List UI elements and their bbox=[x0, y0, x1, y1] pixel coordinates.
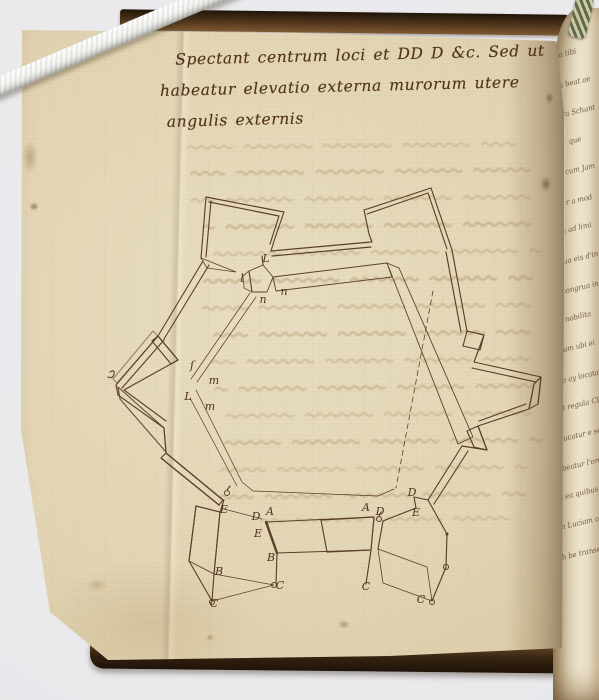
wall bbox=[428, 446, 468, 504]
diagram-letter-label: E bbox=[411, 506, 420, 519]
diagram-letter-label: n bbox=[280, 285, 287, 298]
diagram-letter-label: n bbox=[259, 293, 266, 306]
page-stain bbox=[338, 620, 350, 629]
point-marker bbox=[377, 517, 382, 522]
point-marker bbox=[272, 583, 277, 588]
page-stain bbox=[540, 176, 552, 192]
manuscript-page: Spectant centrum loci et DD D &c. Sed ut… bbox=[0, 0, 599, 700]
wall-hatch bbox=[118, 387, 166, 452]
bastion-top-left bbox=[201, 197, 284, 258]
right-page-text-fragment: ta tibi bbox=[555, 47, 577, 59]
diagram-letter-label: D bbox=[375, 505, 385, 518]
diagram-letter-label: B bbox=[266, 551, 275, 564]
rampart-band-top bbox=[273, 263, 392, 291]
diagram-letter-label: m bbox=[205, 400, 215, 413]
right-page-text-fragment: beatur l'ord bbox=[561, 456, 599, 473]
curtain-top bbox=[271, 242, 371, 256]
page-stain bbox=[29, 202, 39, 211]
bleed-through-line bbox=[188, 142, 515, 148]
diagram-letter-label: l bbox=[240, 272, 244, 285]
bleed-through-line bbox=[261, 517, 509, 523]
page-stain bbox=[22, 140, 38, 174]
tick bbox=[108, 371, 114, 378]
diagram-letter-label: D bbox=[407, 486, 417, 499]
diagram-letter-label: A bbox=[361, 501, 370, 514]
bleed-through-line bbox=[221, 465, 526, 471]
diagram-letter-label: L bbox=[261, 252, 269, 265]
diagram-letter-label: C bbox=[362, 580, 371, 593]
diagram-letter-label: C bbox=[276, 579, 285, 592]
diagram-letter-label: A bbox=[265, 505, 274, 518]
tick bbox=[379, 512, 381, 516]
diagram-letter-label: L bbox=[183, 390, 191, 403]
diagram-letter-label: E bbox=[253, 527, 262, 540]
bleed-through-line bbox=[220, 492, 525, 498]
diagram-letter-labels: LlnnſmLmDAADEBCCEBCDEC bbox=[183, 252, 425, 610]
right-page-text-fragment: eum ubi ei bbox=[558, 339, 596, 355]
tick bbox=[262, 256, 263, 265]
bleed-through-line bbox=[214, 249, 541, 255]
diagram-letter-label: E bbox=[219, 503, 228, 516]
bleed-through-line bbox=[204, 276, 531, 282]
bleed-through-line bbox=[225, 438, 541, 444]
photo-backdrop: ta tibia beat aera Schanty ß queà cum Ja… bbox=[0, 0, 599, 700]
bleed-through-line bbox=[212, 357, 528, 363]
bleed-through-line bbox=[203, 222, 530, 228]
right-page-text-fragment: congrua in bbox=[561, 280, 599, 296]
wall-hatch bbox=[321, 517, 374, 552]
wall-hatch bbox=[378, 549, 432, 601]
bleed-through-line bbox=[227, 411, 530, 417]
diagram-letter-label: C bbox=[417, 593, 426, 606]
bleed-through-text bbox=[188, 142, 544, 523]
diagram-letter-label: m bbox=[209, 374, 219, 387]
wall bbox=[446, 250, 467, 332]
wall-hatch bbox=[113, 331, 158, 383]
inner-hexagon bbox=[190, 293, 394, 496]
bleed-through-line bbox=[214, 330, 530, 336]
curtain-front-face bbox=[267, 517, 374, 553]
point-marker bbox=[444, 565, 449, 570]
bleed-through-line bbox=[192, 195, 530, 202]
page-stain bbox=[40, 560, 260, 690]
point-marker bbox=[430, 600, 435, 605]
wall-hatch bbox=[467, 426, 487, 450]
curtain-left-edge bbox=[266, 522, 277, 553]
tick bbox=[227, 486, 230, 490]
right-page-text-fragment: ducatur e sed bbox=[558, 425, 599, 443]
point-marker bbox=[225, 491, 230, 496]
bleed-through-line bbox=[191, 168, 529, 175]
manuscript-heading: Spectant centrum loci et DD D &c. Sed ut… bbox=[159, 35, 569, 138]
right-page-text-fragment: o ay locata bbox=[561, 368, 599, 384]
right-page-text-fragment: er a mod bbox=[561, 193, 593, 207]
rampart-band-diagonal bbox=[387, 263, 473, 444]
right-page-text-fragment: h be transe bbox=[561, 545, 599, 561]
right-page-text-fragment: in Luciam on bbox=[558, 514, 599, 532]
bastion-top-right bbox=[364, 188, 452, 250]
bleed-through-line bbox=[216, 384, 532, 390]
inner-hexagon-dashed bbox=[396, 291, 433, 488]
wall-hatch bbox=[189, 506, 220, 574]
wall-hatch bbox=[201, 258, 236, 272]
diagram-letter-label: ſ bbox=[189, 359, 196, 372]
curtain-verticals bbox=[276, 550, 371, 584]
right-page-text-fragment: ra Schant bbox=[561, 103, 596, 118]
diagram-letter-label: D bbox=[251, 510, 261, 523]
right-page-text-fragment: a beat ae bbox=[558, 74, 591, 89]
wall-hatch bbox=[463, 331, 484, 350]
wall-hatch bbox=[243, 271, 252, 292]
pentagon-node bbox=[249, 265, 273, 292]
bastion-bottom-right bbox=[378, 497, 447, 601]
bleed-through-line bbox=[203, 303, 530, 309]
point-marker bbox=[446, 533, 448, 535]
